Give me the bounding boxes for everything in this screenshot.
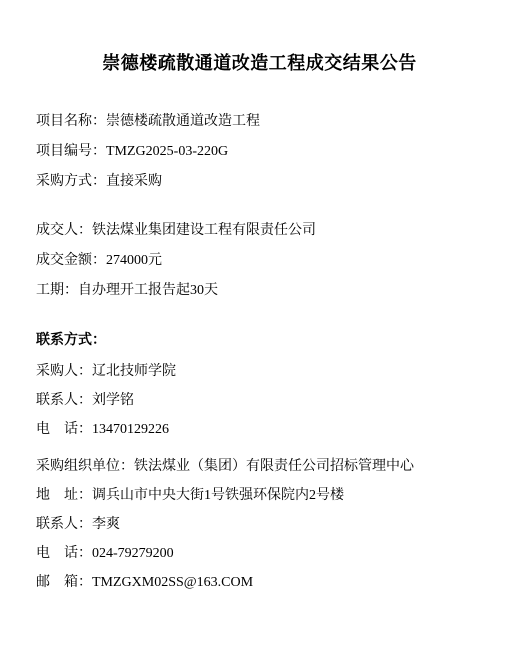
field-label: 采购人： [36, 364, 92, 379]
field-label: 成交人： [36, 223, 92, 238]
field-label: 采购方式： [36, 174, 106, 189]
field-label: 联系人： [36, 517, 92, 532]
field-purchaser: 采购人：辽北技师学院 [36, 357, 493, 386]
field-value: TMZG2025-03-220G [106, 144, 228, 159]
field-winner: 成交人：铁法煤业集团建设工程有限责任公司 [36, 216, 493, 246]
field-label: 联系人： [36, 393, 92, 408]
project-info-section: 项目名称：崇德楼疏散通道改造工程 项目编号：TMZG2025-03-220G 采… [36, 107, 493, 197]
field-value: 自办理开工报告起30天 [78, 283, 218, 298]
field-value: 铁法煤业（集团）有限责任公司招标管理中心 [134, 459, 414, 474]
award-info-section: 成交人：铁法煤业集团建设工程有限责任公司 成交金额：274000元 工期：自办理… [36, 216, 493, 306]
field-label: 工期： [36, 283, 78, 298]
field-organizer-phone: 电 话：024-79279200 [36, 539, 493, 568]
field-value: 刘学铭 [92, 393, 134, 408]
field-award-amount: 成交金额：274000元 [36, 246, 493, 276]
field-duration: 工期：自办理开工报告起30天 [36, 276, 493, 306]
field-value: 李爽 [92, 517, 120, 532]
purchaser-contact-section: 采购人：辽北技师学院 联系人：刘学铭 电 话：13470129226 [36, 357, 493, 444]
page-title: 崇德楼疏散通道改造工程成交结果公告 [0, 0, 519, 76]
field-label: 邮 箱： [36, 575, 92, 590]
document-page: 崇德楼疏散通道改造工程成交结果公告 项目名称：崇德楼疏散通道改造工程 项目编号：… [0, 0, 519, 645]
document-body: 项目名称：崇德楼疏散通道改造工程 项目编号：TMZG2025-03-220G 采… [0, 107, 519, 597]
field-value: 024-79279200 [92, 546, 174, 561]
field-value: 崇德楼疏散通道改造工程 [106, 114, 260, 129]
contact-section-heading: 联系方式： [36, 326, 493, 356]
field-value: 辽北技师学院 [92, 364, 176, 379]
organizer-contact-section: 采购组织单位：铁法煤业（集团）有限责任公司招标管理中心 地 址：调兵山市中央大街… [36, 452, 493, 597]
field-value: 274000元 [106, 253, 162, 268]
field-label: 地 址： [36, 488, 92, 503]
field-project-name: 项目名称：崇德楼疏散通道改造工程 [36, 107, 493, 137]
field-label: 成交金额： [36, 253, 106, 268]
field-label: 采购组织单位： [36, 459, 134, 474]
field-purchaser-contact-person: 联系人：刘学铭 [36, 386, 493, 415]
field-value: 直接采购 [106, 174, 162, 189]
field-organizer-address: 地 址：调兵山市中央大街1号铁强环保院内2号楼 [36, 481, 493, 510]
field-procurement-method: 采购方式：直接采购 [36, 167, 493, 197]
field-label: 项目名称： [36, 114, 106, 129]
field-organizer-email: 邮 箱：TMZGXM02SS@163.COM [36, 568, 493, 597]
field-value: 调兵山市中央大街1号铁强环保院内2号楼 [92, 488, 344, 503]
field-organizer-contact-person: 联系人：李爽 [36, 510, 493, 539]
field-label: 电 话： [36, 546, 92, 561]
field-organizer: 采购组织单位：铁法煤业（集团）有限责任公司招标管理中心 [36, 452, 493, 481]
field-purchaser-phone: 电 话：13470129226 [36, 415, 493, 444]
field-value: TMZGXM02SS@163.COM [92, 575, 253, 590]
field-value: 铁法煤业集团建设工程有限责任公司 [92, 223, 316, 238]
field-value: 13470129226 [92, 422, 169, 437]
field-project-number: 项目编号：TMZG2025-03-220G [36, 137, 493, 167]
field-label: 电 话： [36, 422, 92, 437]
field-label: 项目编号： [36, 144, 106, 159]
